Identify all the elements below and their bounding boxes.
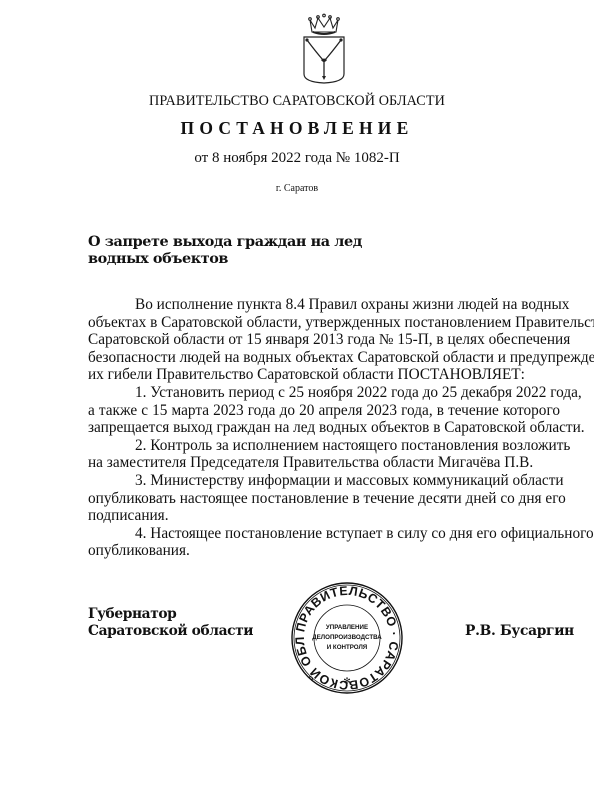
text-line: а также с 15 марта 2023 года до 20 апрел…	[88, 402, 560, 420]
issuing-authority: ПРАВИТЕЛЬСТВО САРАТОВСКОЙ ОБЛАСТИ	[0, 93, 594, 110]
document-city: г. Саратов	[0, 183, 594, 194]
text-line: опубликовать настоящее постановление в т…	[88, 490, 560, 508]
text-line: их гибели Правительство Саратовской обла…	[88, 366, 560, 384]
clause-1: 1. Установить период с 25 ноября 2022 го…	[88, 384, 560, 437]
clause-2: 2. Контроль за исполнением настоящего по…	[88, 437, 560, 472]
text-line: запрещается выход граждан на лед водных …	[88, 419, 560, 437]
text-line: 4. Настоящее постановление вступает в си…	[88, 525, 560, 543]
document-subject: О запрете выхода граждан на лед водных о…	[88, 233, 362, 267]
position-line: Саратовской области	[88, 623, 253, 640]
text-line: 1. Установить период с 25 ноября 2022 го…	[88, 384, 560, 402]
official-seal-icon: ПРАВИТЕЛЬСТВО · САРАТОВСКОЙ ОБЛАСТИ УПРА…	[290, 581, 404, 695]
text-line: Во исполнение пункта 8.4 Правил охраны ж…	[88, 296, 560, 314]
position-line: Губернатор	[88, 606, 253, 623]
text-line: 3. Министерству информации и массовых ко…	[88, 472, 560, 490]
coat-of-arms-icon	[296, 12, 352, 86]
subject-line: О запрете выхода граждан на лед	[88, 233, 362, 250]
document-page: ПРАВИТЕЛЬСТВО САРАТОВСКОЙ ОБЛАСТИ ПОСТАН…	[0, 0, 594, 791]
text-line: Саратовской области от 15 января 2013 го…	[88, 331, 560, 349]
signatory-name: Р.В. Бусаргин	[465, 623, 574, 639]
text-line: безопасности людей на водных объектах Са…	[88, 349, 560, 367]
document-type-title: ПОСТАНОВЛЕНИЕ	[0, 118, 594, 139]
seal-star: ✻	[343, 677, 351, 687]
seal-center-line: УПРАВЛЕНИЕ	[326, 624, 368, 631]
document-date-number: от 8 ноября 2022 года № 1082-П	[0, 150, 594, 167]
subject-line: водных объектов	[88, 250, 362, 267]
seal-center-line: ДЕЛОПРОИЗВОДСТВА	[312, 634, 382, 641]
text-line: объектах в Саратовской области, утвержде…	[88, 314, 560, 332]
text-line: на заместителя Председателя Правительств…	[88, 454, 560, 472]
preamble-paragraph: Во исполнение пункта 8.4 Правил охраны ж…	[88, 296, 560, 384]
clause-3: 3. Министерству информации и массовых ко…	[88, 472, 560, 525]
document-body: Во исполнение пункта 8.4 Правил охраны ж…	[88, 296, 560, 560]
text-line: 2. Контроль за исполнением настоящего по…	[88, 437, 560, 455]
text-line: подписания.	[88, 507, 560, 525]
clause-4: 4. Настоящее постановление вступает в си…	[88, 525, 560, 560]
signatory-position: Губернатор Саратовской области	[88, 606, 253, 640]
text-line: опубликования.	[88, 542, 560, 560]
seal-center-line: И КОНТРОЛЯ	[327, 644, 368, 651]
